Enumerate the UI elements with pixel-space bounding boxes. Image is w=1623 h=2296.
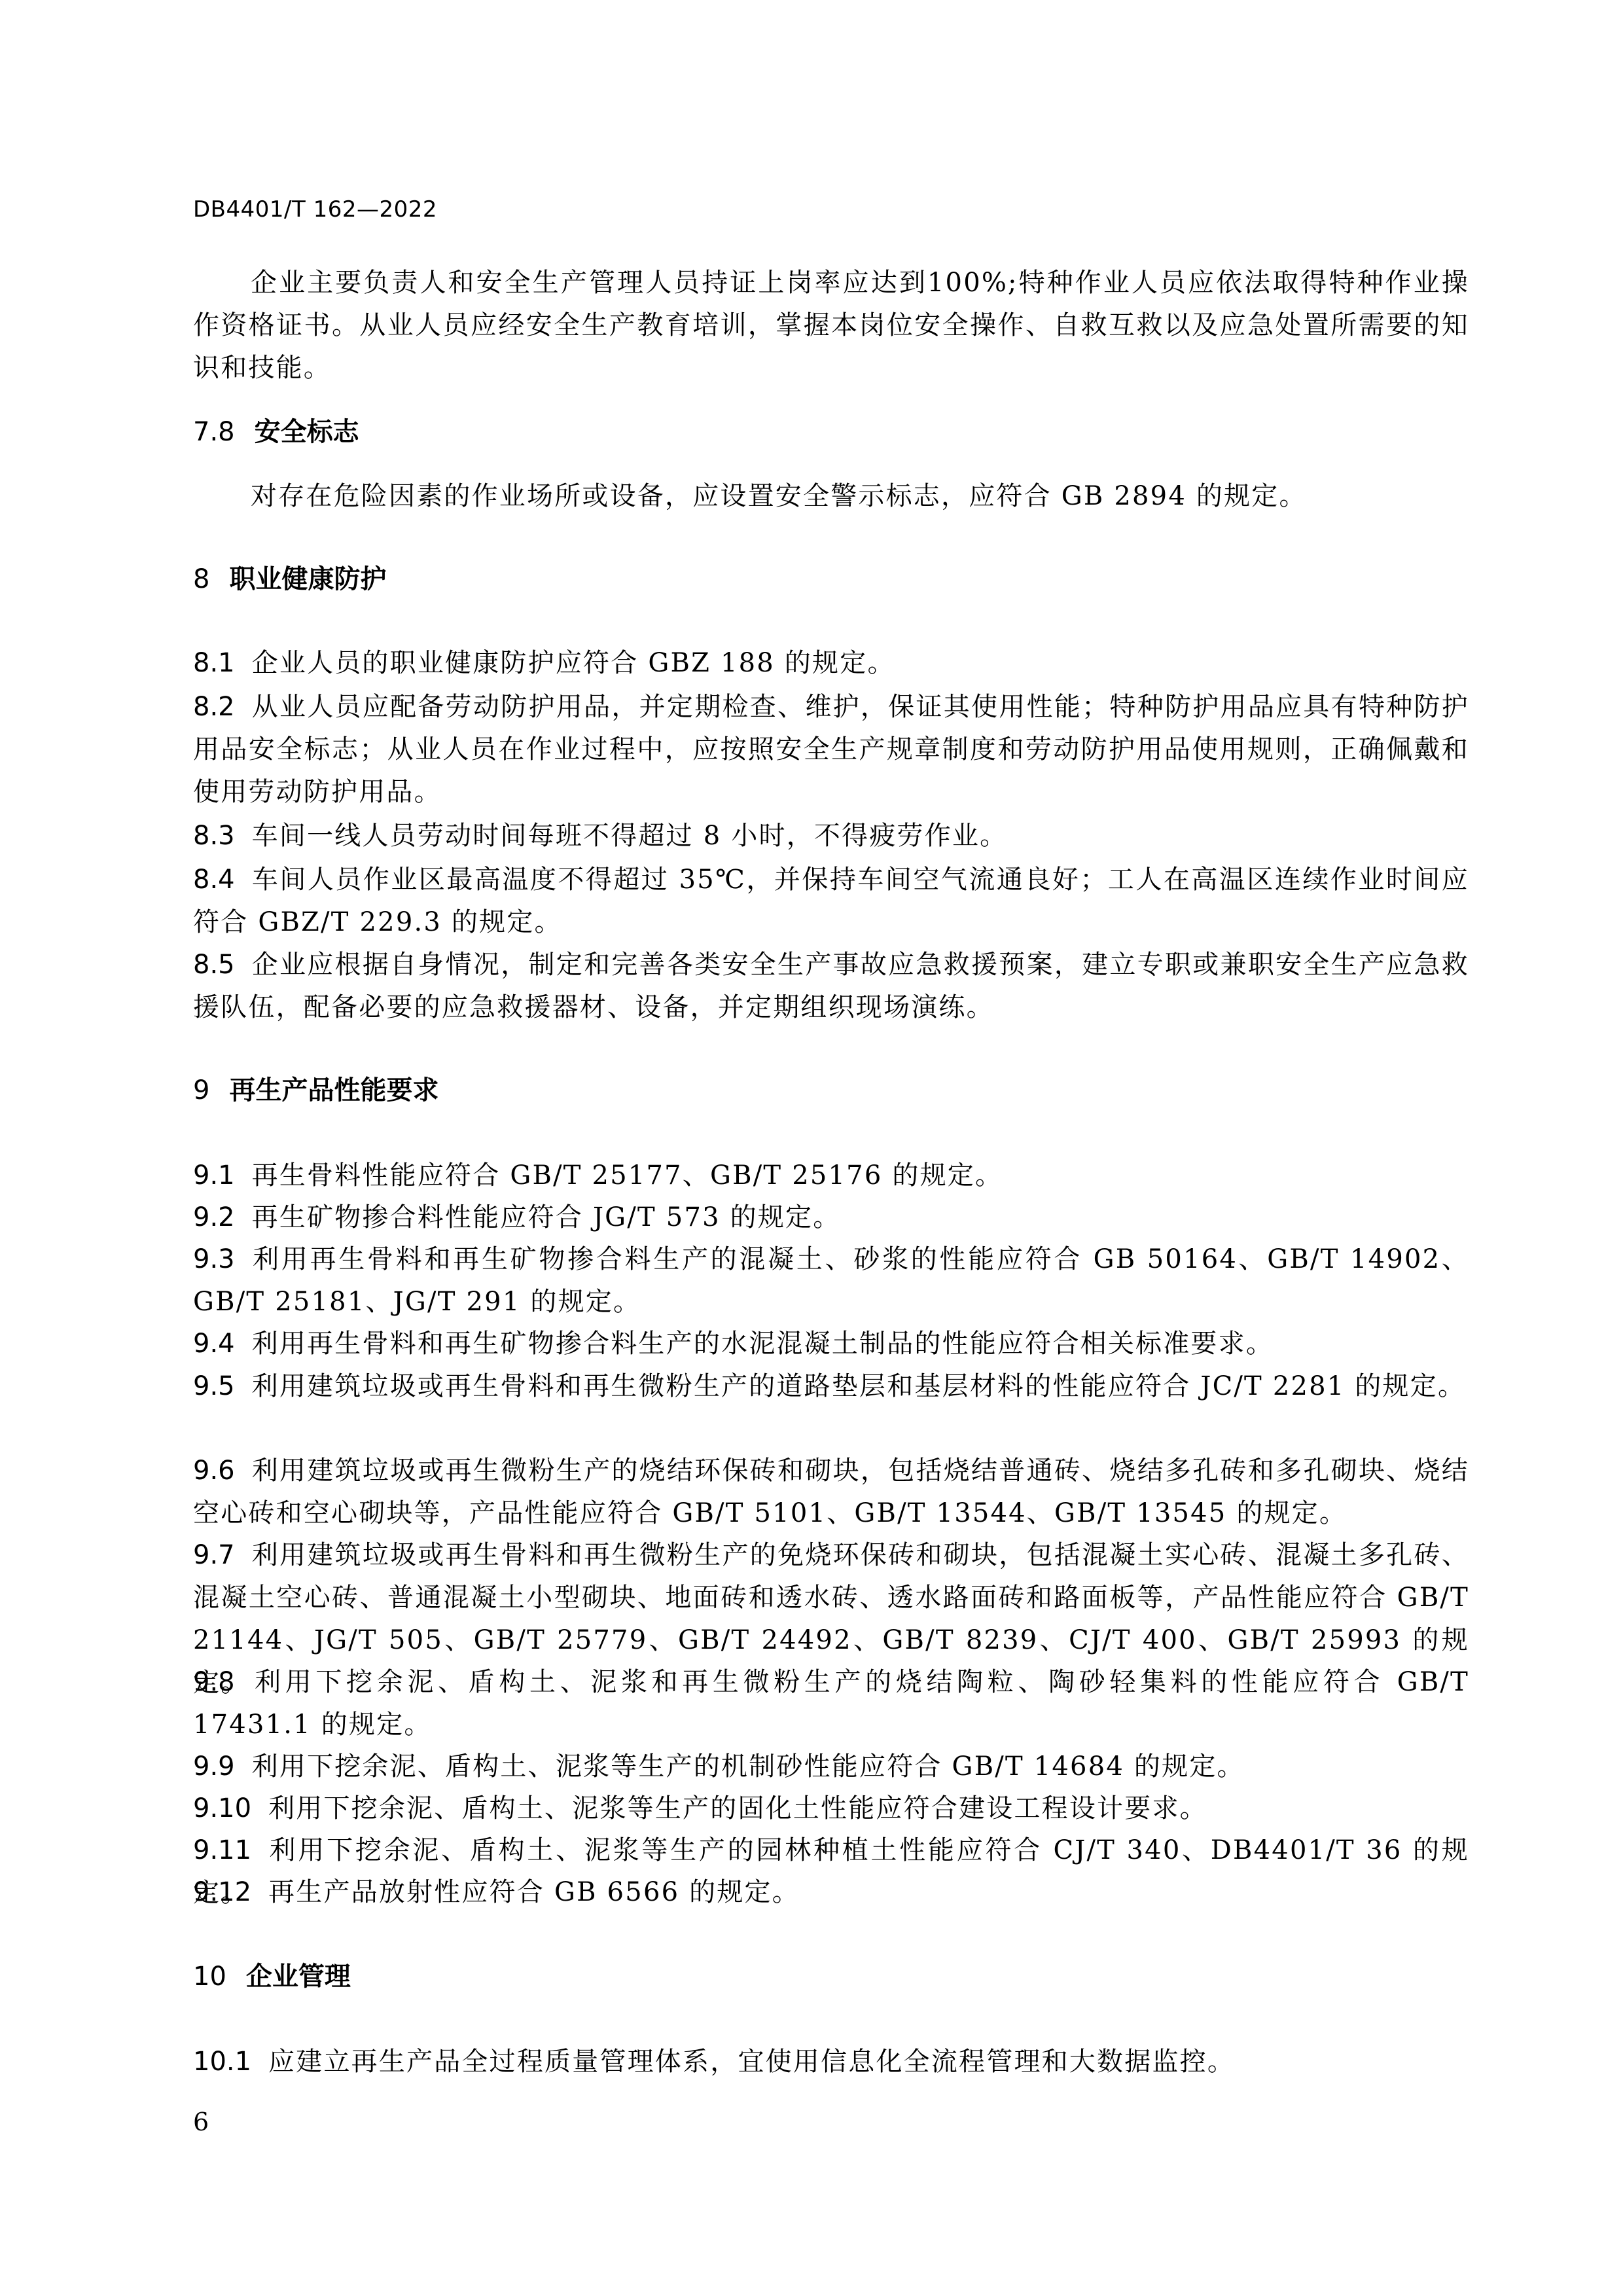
section-heading-7-8: 7.8安全标志 bbox=[193, 411, 359, 454]
clause-text: 再生骨料性能应符合 GB/T 25177、GB/T 25176 的规定。 bbox=[252, 1160, 1003, 1191]
clause-text: 利用下挖余泥、盾构土、泥浆和再生微粉生产的烧结陶粒、陶砂轻集料的性能应符合 GB… bbox=[193, 1667, 1469, 1740]
clause-number: 9.4 bbox=[193, 1329, 235, 1359]
clause-9-4: 9.4利用再生骨料和再生矿物掺合料生产的水泥混凝土制品的性能应符合相关标准要求。 bbox=[193, 1323, 1469, 1365]
clause-8-5: 8.5企业应根据自身情况，制定和完善各类安全生产事故应急救援预案，建立专职或兼职… bbox=[193, 944, 1469, 1029]
clause-number: 9.12 bbox=[193, 1877, 251, 1907]
section-heading-9: 9再生产品性能要求 bbox=[193, 1069, 438, 1112]
clause-number: 9.3 bbox=[193, 1244, 235, 1274]
clause-9-1: 9.1再生骨料性能应符合 GB/T 25177、GB/T 25176 的规定。 bbox=[193, 1155, 1469, 1197]
clause-number: 8.5 bbox=[193, 950, 235, 980]
clause-9-3: 9.3利用再生骨料和再生矿物掺合料生产的混凝土、砂浆的性能应符合 GB 5016… bbox=[193, 1238, 1469, 1323]
clause-number: 9.8 bbox=[193, 1667, 235, 1697]
clause-9-12: 9.12再生产品放射性应符合 GB 6566 的规定。 bbox=[193, 1871, 1469, 1914]
clause-number: 10.1 bbox=[193, 2047, 251, 2077]
clause-8-3: 8.3车间一线人员劳动时间每班不得超过 8 小时，不得疲劳作业。 bbox=[193, 815, 1469, 857]
clause-number: 8.4 bbox=[193, 865, 235, 895]
section-number: 10 bbox=[193, 1962, 226, 1992]
clause-number: 9.5 bbox=[193, 1371, 235, 1401]
document-page: DB4401/T 162—2022 企业主要负责人和安全生产管理人员持证上岗率应… bbox=[0, 0, 1623, 2296]
section-7-8-body: 对存在危险因素的作业场所或设备，应设置安全警示标志，应符合 GB 2894 的规… bbox=[193, 475, 1469, 518]
clause-number: 8.2 bbox=[193, 692, 235, 722]
section-number: 8 bbox=[193, 564, 209, 594]
clause-text: 应建立再生产品全过程质量管理体系，宜使用信息化全流程管理和大数据监控。 bbox=[268, 2047, 1235, 2077]
clause-9-2: 9.2再生矿物掺合料性能应符合 JG/T 573 的规定。 bbox=[193, 1196, 1469, 1239]
clause-number: 9.6 bbox=[193, 1456, 235, 1486]
page-number: 6 bbox=[193, 2108, 209, 2136]
clause-10-1: 10.1应建立再生产品全过程质量管理体系，宜使用信息化全流程管理和大数据监控。 bbox=[193, 2041, 1469, 2083]
clause-8-2: 8.2从业人员应配备劳动防护用品，并定期检查、维护，保证其使用性能；特种防护用品… bbox=[193, 686, 1469, 814]
clause-number: 9.7 bbox=[193, 1540, 235, 1570]
clause-number: 9.1 bbox=[193, 1160, 235, 1191]
clause-text: 从业人员应配备劳动防护用品，并定期检查、维护，保证其使用性能；特种防护用品应具有… bbox=[193, 692, 1469, 807]
section-title: 职业健康防护 bbox=[229, 564, 386, 594]
section-title: 安全标志 bbox=[255, 417, 359, 447]
clause-text: 利用下挖余泥、盾构土、泥浆等生产的机制砂性能应符合 GB/T 14684 的规定… bbox=[252, 1751, 1245, 1782]
clause-9-9: 9.9利用下挖余泥、盾构土、泥浆等生产的机制砂性能应符合 GB/T 14684 … bbox=[193, 1746, 1469, 1788]
clause-text: 再生产品放射性应符合 GB 6566 的规定。 bbox=[268, 1877, 800, 1907]
clause-number: 9.9 bbox=[193, 1751, 235, 1782]
clause-text: 企业应根据自身情况，制定和完善各类安全生产事故应急救援预案，建立专职或兼职安全生… bbox=[193, 950, 1469, 1022]
clause-text: 利用下挖余泥、盾构土、泥浆等生产的固化土性能应符合建设工程设计要求。 bbox=[268, 1793, 1207, 1823]
section-heading-10: 10企业管理 bbox=[193, 1956, 351, 1998]
clause-9-6: 9.6利用建筑垃圾或再生微粉生产的烧结环保砖和砌块，包括烧结普通砖、烧结多孔砖和… bbox=[193, 1450, 1469, 1535]
clause-text: 企业人员的职业健康防护应符合 GBZ 188 的规定。 bbox=[252, 648, 895, 678]
clause-text: 利用建筑垃圾或再生微粉生产的烧结环保砖和砌块，包括烧结普通砖、烧结多孔砖和多孔砌… bbox=[193, 1456, 1469, 1528]
clause-8-1: 8.1企业人员的职业健康防护应符合 GBZ 188 的规定。 bbox=[193, 642, 1469, 685]
clause-8-4: 8.4车间人员作业区最高温度不得超过 35℃，并保持车间空气流通良好；工人在高温… bbox=[193, 859, 1469, 944]
clause-text: 利用再生骨料和再生矿物掺合料生产的混凝土、砂浆的性能应符合 GB 50164、G… bbox=[193, 1244, 1469, 1317]
clause-number: 8.1 bbox=[193, 648, 235, 678]
intro-paragraph: 企业主要负责人和安全生产管理人员持证上岗率应达到100%;特种作业人员应依法取得… bbox=[193, 262, 1469, 389]
clause-9-10: 9.10利用下挖余泥、盾构土、泥浆等生产的固化土性能应符合建设工程设计要求。 bbox=[193, 1787, 1469, 1830]
clause-text: 车间人员作业区最高温度不得超过 35℃，并保持车间空气流通良好；工人在高温区连续… bbox=[193, 865, 1469, 937]
clause-number: 8.3 bbox=[193, 821, 235, 851]
clause-9-5: 9.5利用建筑垃圾或再生骨料和再生微粉生产的道路垫层和基层材料的性能应符合 JC… bbox=[193, 1365, 1469, 1408]
clause-text: 再生矿物掺合料性能应符合 JG/T 573 的规定。 bbox=[252, 1202, 841, 1232]
section-title: 再生产品性能要求 bbox=[229, 1075, 438, 1105]
clause-text: 车间一线人员劳动时间每班不得超过 8 小时，不得疲劳作业。 bbox=[252, 821, 1008, 851]
section-title: 企业管理 bbox=[246, 1962, 351, 1992]
clause-9-8: 9.8利用下挖余泥、盾构土、泥浆和再生微粉生产的烧结陶粒、陶砂轻集料的性能应符合… bbox=[193, 1661, 1469, 1746]
clause-text: 利用再生骨料和再生矿物掺合料生产的水泥混凝土制品的性能应符合相关标准要求。 bbox=[252, 1329, 1274, 1359]
section-number: 9 bbox=[193, 1075, 209, 1105]
section-number: 7.8 bbox=[193, 417, 235, 447]
clause-number: 9.2 bbox=[193, 1202, 235, 1232]
clause-text: 利用建筑垃圾或再生骨料和再生微粉生产的道路垫层和基层材料的性能应符合 JC/T … bbox=[252, 1371, 1466, 1401]
clause-number: 9.10 bbox=[193, 1793, 251, 1823]
section-heading-8: 8职业健康防护 bbox=[193, 558, 386, 601]
document-code-header: DB4401/T 162—2022 bbox=[193, 196, 437, 223]
clause-number: 9.11 bbox=[193, 1835, 251, 1865]
